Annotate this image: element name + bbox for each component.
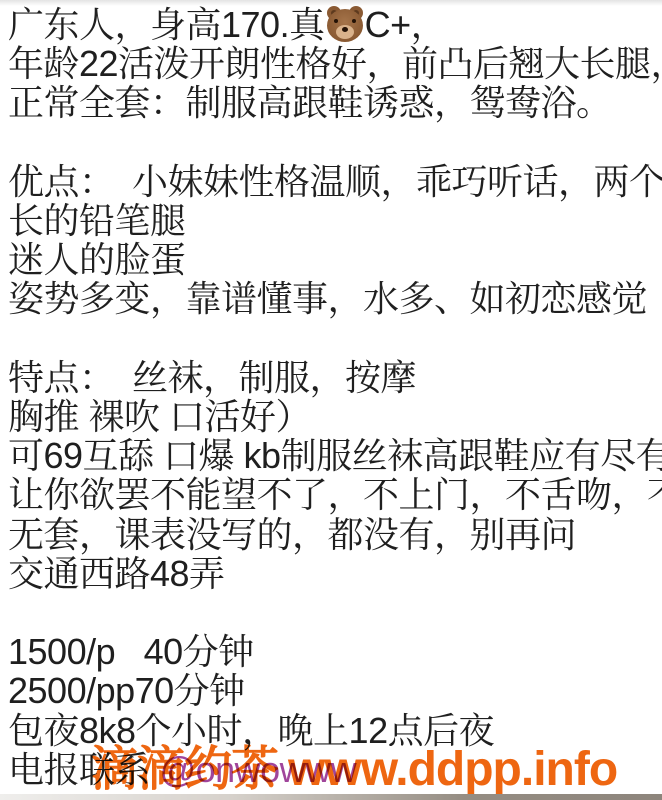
text-line <box>8 593 660 632</box>
text-line: 无套，课表没写的，都没有，别再问 <box>8 515 660 554</box>
text-segment: 长的铅笔腿 <box>8 200 186 241</box>
text-line <box>8 123 660 162</box>
text-segment: 迷人的脸蛋 <box>8 239 186 280</box>
text-segment: 2500/pp70分钟 <box>8 670 245 711</box>
text-segment: 优点： 小妹妹性格温顺，乖巧听话，两个修 <box>8 161 662 202</box>
text-line: 1500/p 40分钟 <box>8 632 660 671</box>
text-line: 迷人的脸蛋 <box>8 240 660 279</box>
watermark-url: www.ddpp.info <box>288 743 617 796</box>
text-line: 胸推 裸吹 口活好） <box>8 397 660 436</box>
text-line: 可69互舔 口爆 kb制服丝袜高跟鞋应有尽有 <box>8 436 660 475</box>
text-segment: C+， <box>365 4 447 45</box>
text-segment: 交通西路48弄 <box>8 553 225 594</box>
text-line <box>8 319 660 358</box>
text-segment: 正常全套：制服高跟鞋诱惑，鸳鸯浴。 <box>8 82 612 123</box>
text-segment: 1500/p 40分钟 <box>8 631 254 672</box>
text-line: 年龄22活泼开朗性格好，前凸后翘大长腿， <box>8 44 660 83</box>
text-line: 广东人，身高170.真C+， <box>8 5 660 44</box>
text-segment: 特点： 丝袜，制服，按摩 <box>8 357 416 398</box>
watermark-brand: 滴滴约茶 <box>90 743 278 796</box>
text-line: 姿势多变，靠谱懂事，水多、如初恋感觉 <box>8 279 660 318</box>
text-segment: 无套，课表没写的，都没有，别再问 <box>8 514 576 555</box>
text-segment: 可69互舔 口爆 kb制服丝袜高跟鞋应有尽有 <box>8 435 662 476</box>
text-line: 交通西路48弄 <box>8 554 660 593</box>
text-line: 2500/pp70分钟 <box>8 671 660 710</box>
text-line: 正常全套：制服高跟鞋诱惑，鸳鸯浴。 <box>8 83 660 122</box>
watermark: 滴滴约茶www.ddpp.info <box>90 744 617 796</box>
text-segment: 让你欲罢不能望不了，不上门，不舌吻，不 <box>8 474 662 515</box>
ad-text-document: 广东人，身高170.真C+，年龄22活泼开朗性格好，前凸后翘大长腿，正常全套：制… <box>0 0 662 800</box>
text-segment: 姿势多变，靠谱懂事，水多、如初恋感觉 <box>8 278 647 319</box>
text-line: 让你欲罢不能望不了，不上门，不舌吻，不 <box>8 475 660 514</box>
text-segment: 年龄22活泼开朗性格好，前凸后翘大长腿， <box>8 43 662 84</box>
text-segment: 广东人，身高170.真 <box>8 4 325 45</box>
bear-emoji-icon <box>325 6 365 42</box>
text-segment: 胸推 裸吹 口活好） <box>8 396 311 437</box>
text-line: 优点： 小妹妹性格温顺，乖巧听话，两个修 <box>8 162 660 201</box>
text-line: 特点： 丝袜，制服，按摩 <box>8 358 660 397</box>
text-line: 长的铅笔腿 <box>8 201 660 240</box>
text-body: 广东人，身高170.真C+，年龄22活泼开朗性格好，前凸后翘大长腿，正常全套：制… <box>8 5 660 789</box>
